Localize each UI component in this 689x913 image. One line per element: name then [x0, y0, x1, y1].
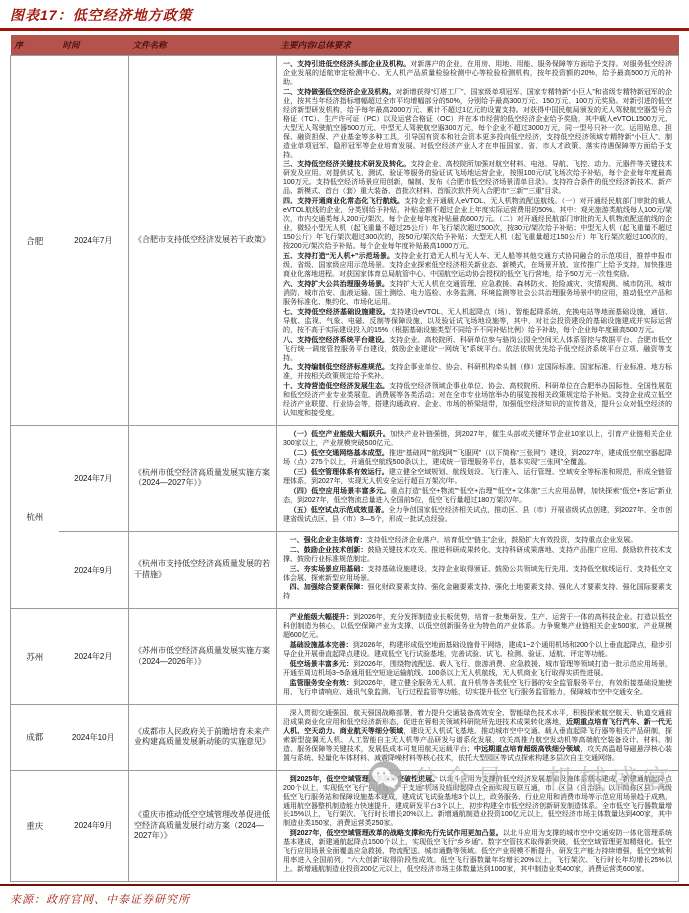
- content-paragraph: 七、支持低空经济基础设施建设。支持建设eVTOL、无人机起降点（场）、智能起降系…: [283, 309, 672, 336]
- city-cell: 合肥: [11, 56, 59, 426]
- content-cell: 深入贯彻交通强国、航天强国战略部署，着力提升交通装备高效安全、智能绿色技术水平，…: [277, 704, 679, 770]
- table-row: 合肥2024年7月《合肥市支持低空经济发展若干政策》一、支持引进低空经济头部企业…: [11, 56, 679, 426]
- content-paragraph: 三、支持低空经济关键技术研发及转化。支持企业、高校院所加强对航空材料、电池、导航…: [283, 161, 672, 197]
- date-cell: 2024年7月: [59, 426, 129, 532]
- content-paragraph: 产业能级大幅提升：到2026年，充分发挥制造业长板优势，培育一批集研发、生产、运…: [283, 614, 672, 641]
- date-cell: 2024年7月: [59, 56, 129, 426]
- content-paragraph: 三、夯实场景应用基础：支持基础设施建设、支持企业取得颁证、鼓励公共领域先行先用、…: [283, 566, 672, 584]
- content-paragraph: 一、强化企业主体培育：支持低空经济企业落户、培育低空“链主”企业，鼓励扩大有效投…: [283, 537, 672, 546]
- doc-title-cell: 《苏州市低空经济高质量发展实施方案（2024—2026年）》: [129, 609, 277, 705]
- content-paragraph: 监管服务安全有效：到2026年，建立健全服务无人机、直升机等各类低空飞行器的安全…: [283, 680, 672, 698]
- table-body: 合肥2024年7月《合肥市支持低空经济发展若干政策》一、支持引进低空经济头部企业…: [11, 56, 679, 882]
- header-cell-doc: 文件名称: [129, 35, 277, 56]
- content-paragraph: 到2025年，低空空域管理改革取得突破性进展。以北斗应用为支撑的低空经济发展基础…: [283, 776, 672, 830]
- doc-title-cell: 《杭州市支持低空经济高质量发展的若干措施》: [129, 531, 277, 609]
- doc-title-cell: 《成都市人民政府关于前瞻培育未来产业构建高质量发展新动能的实施意见》: [129, 704, 277, 770]
- content-paragraph: 四、支持开通商业化常态化飞行航线。支持企业开通载人eVTOL、无人机物流配送航线…: [283, 198, 672, 252]
- content-paragraph: 八、支持低空经济系统平台建设。支持企业、高校院所、科研单位参与骆岗公园全空间无人…: [283, 337, 672, 364]
- content-paragraph: 基础设施基本完善：到2026年，构建形成低空地面基础设施骨干网络，建成1~2个通…: [283, 642, 672, 660]
- city-cell: 重庆: [11, 770, 59, 881]
- city-cell: 苏州: [11, 609, 59, 705]
- date-cell: 2024年2月: [59, 609, 129, 705]
- figure-page: 图表17：低空经济地方政策 序 时间 文件名称 主要内容/总体要求 合肥2024…: [0, 0, 689, 913]
- content-cell: （一）低空产业能级大幅跃升。加快产业补链强链，到2027年，催生头部或关键环节企…: [277, 426, 679, 532]
- table-row: 成都2024年10月《成都市人民政府关于前瞻培育未来产业构建高质量发展新动能的实…: [11, 704, 679, 770]
- doc-title-cell: 《杭州市低空经济高质量发展实施方案（2024—2027年）》: [129, 426, 277, 532]
- content-paragraph: 二、支持做强低空经济企业及机构。对新增获得“灯塔工厂”、国家级单项冠军、国家专精…: [283, 89, 672, 161]
- content-cell: 一、强化企业主体培育：支持低空经济企业落户、培育低空“链主”企业，鼓励扩大有效投…: [277, 531, 679, 609]
- policy-table: 序 时间 文件名称 主要内容/总体要求 合肥2024年7月《合肥市支持低空经济发…: [10, 35, 679, 882]
- source-note: 来源：政府官网、中泰证券研究所: [0, 886, 689, 913]
- content-paragraph: 九、支持编制低空经济标准规范。支持企事业单位、协会、科研机构牵头制（修）定国际标…: [283, 364, 672, 382]
- content-paragraph: 四、加强综合要素保障：强化财政要素支持、强化金融要素支持、强化土地要素支持、强化…: [283, 584, 672, 602]
- table-wrapper: 序 时间 文件名称 主要内容/总体要求 合肥2024年7月《合肥市支持低空经济发…: [10, 35, 679, 882]
- content-cell: 到2025年，低空空域管理改革取得突破性进展。以北斗应用为支撑的低空经济发展基础…: [277, 770, 679, 881]
- content-paragraph: 五、支持打造“无人机+”示范场景。支持企业打造无人机与无人车、无人船等其他交通方…: [283, 253, 672, 280]
- date-cell: 2024年9月: [59, 770, 129, 881]
- content-paragraph: 六、支持扩大公共治理服务场景。支持扩大无人机在交通管理、应急救援、森林防火、抢险…: [283, 281, 672, 308]
- city-cell: 成都: [11, 704, 59, 770]
- content-paragraph: 深入贯彻交通强国、航天强国战略部署，着力提升交通装备高效安全、智能绿色技术水平，…: [283, 710, 672, 764]
- content-paragraph: （四）低空应用场景丰富多元。重点打造“低空+物流”“低空+治理”“低空+文体旅”…: [283, 488, 672, 506]
- date-cell: 2024年10月: [59, 704, 129, 770]
- title-underline: [0, 28, 689, 31]
- header-cell-content: 主要内容/总体要求: [277, 35, 679, 56]
- content-cell: 一、支持引进低空经济头部企业及机构。对新落户的企业，在用房、用地、用能、服务保障…: [277, 56, 679, 426]
- figure-title: 图表17：低空经济地方政策: [0, 0, 689, 28]
- header-cell-date: 时间: [59, 35, 129, 56]
- table-header: 序 时间 文件名称 主要内容/总体要求: [11, 35, 679, 56]
- table-row: 杭州2024年7月《杭州市低空经济高质量发展实施方案（2024—2027年）》（…: [11, 426, 679, 532]
- content-paragraph: 十、支持营造低空经济发展生态。支持低空经济领域企事业单位、协会、高校院所、科研单…: [283, 383, 672, 419]
- header-row: 序 时间 文件名称 主要内容/总体要求: [11, 35, 679, 56]
- content-paragraph: 一、支持引进低空经济头部企业及机构。对新落户的企业，在用房、用地、用能、服务保障…: [283, 61, 672, 88]
- content-paragraph: 低空场景丰富多元：到2026年，围绕物流配送、载人飞行、旅游消费、应急救援、城市…: [283, 661, 672, 679]
- city-cell: 杭州: [11, 426, 59, 609]
- header-cell-city: 序: [11, 35, 59, 56]
- table-row: 重庆2024年9月《重庆市推动低空空域管理改革促进低空经济高质量发展行动方案（2…: [11, 770, 679, 881]
- content-cell: 产业能级大幅提升：到2026年，充分发挥制造业长板优势，培育一批集研发、生产、运…: [277, 609, 679, 705]
- content-paragraph: 二、鼓励企业技术创新：鼓励关键技术攻关、推进科研成果转化、支持科研成果落地、支持…: [283, 547, 672, 565]
- table-row: 苏州2024年2月《苏州市低空经济高质量发展实施方案（2024—2026年）》产…: [11, 609, 679, 705]
- content-paragraph: （三）低空管理体系有效运行。建立健全空域规划、航线划设、飞行准入、运行管理、空域…: [283, 469, 672, 487]
- content-paragraph: （二）低空交通网络基本成型。推进“基础网”“航线网”“飞服网”（以下简称“三张网…: [283, 450, 672, 468]
- doc-title-cell: 《合肥市支持低空经济发展若干政策》: [129, 56, 277, 426]
- content-paragraph: （一）低空产业能级大幅跃升。加快产业补链强链，到2027年，催生头部或关键环节企…: [283, 431, 672, 449]
- doc-title-cell: 《重庆市推动低空空域管理改革促进低空经济高质量发展行动方案（2024—2027年…: [129, 770, 277, 881]
- date-cell: 2024年9月: [59, 531, 129, 609]
- content-paragraph: （五）低空试点示范成效显著。全力争创国家低空经济相关试点，推动区、县（市）开展省…: [283, 507, 672, 525]
- content-paragraph: 到2027年，低空空域管理改革的战略支撑和先行先试作用更加凸显。以北斗应用为支撑…: [283, 830, 672, 875]
- table-row: 2024年9月《杭州市支持低空经济高质量发展的若干措施》一、强化企业主体培育：支…: [11, 531, 679, 609]
